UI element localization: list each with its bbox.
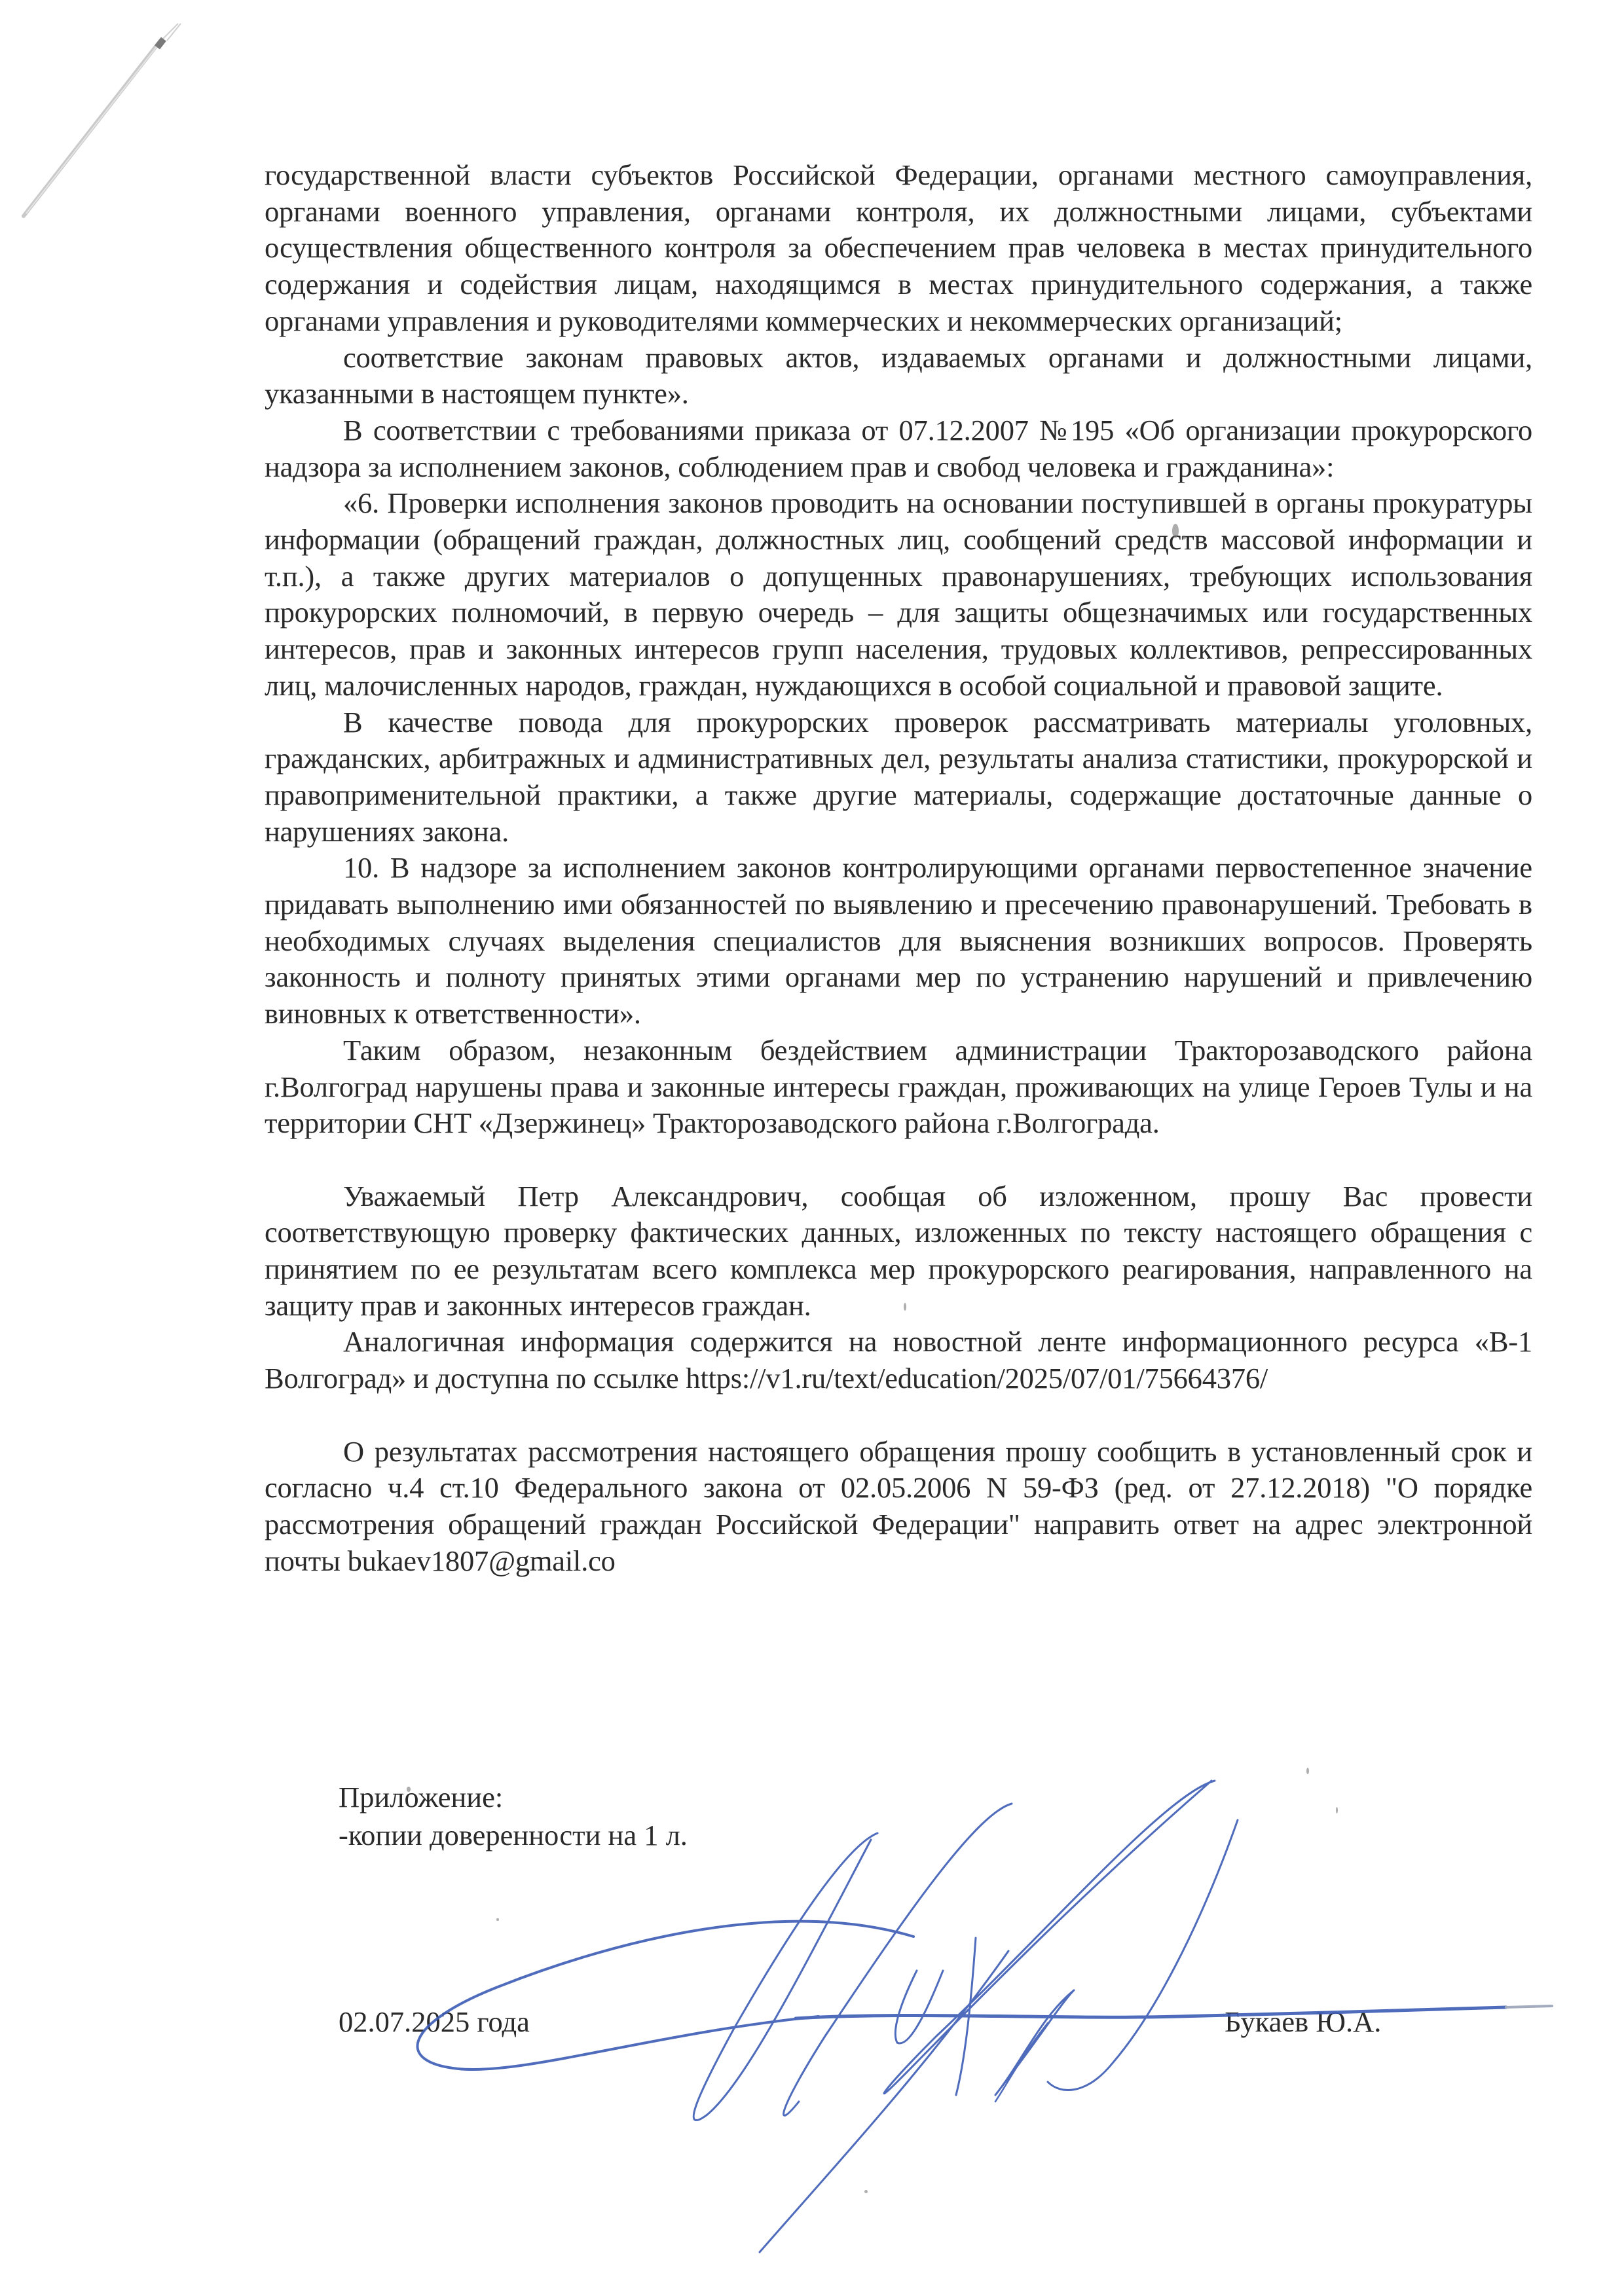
- scan-speck: [904, 1303, 906, 1311]
- scan-speck: [496, 1918, 499, 1921]
- appendix-item: -копии доверенности на 1 л.: [339, 1816, 688, 1854]
- paragraph-response-request: О результатах рассмотрения настоящего об…: [265, 1434, 1532, 1580]
- paragraph-news-source: Аналогичная информация содержится на нов…: [265, 1324, 1532, 1396]
- paragraph-request: Уважаемый Петр Александрович, сообщая об…: [265, 1178, 1532, 1324]
- appendix-title: Приложение:: [339, 1778, 688, 1816]
- scan-speck: [1336, 1807, 1338, 1813]
- scan-speck: [407, 1787, 411, 1792]
- signer-name: Букаев Ю.А.: [1225, 2003, 1381, 2041]
- scan-speck: [1182, 536, 1186, 539]
- paragraph-inspection-grounds: В качестве повода для прокурорских прове…: [265, 704, 1532, 850]
- appendix-block: Приложение: -копии доверенности на 1 л.: [339, 1778, 688, 1854]
- paragraph-conclusion: Таким образом, незаконным бездействием а…: [265, 1032, 1532, 1142]
- paragraph-authorities-list: государственной власти субъектов Российс…: [265, 157, 1532, 340]
- paragraph-order-195: В соответствии с требованиями приказа от…: [265, 412, 1532, 485]
- scan-speck: [1172, 524, 1179, 538]
- letter-body: государственной власти субъектов Российс…: [265, 157, 1532, 1579]
- document-page: государственной власти субъектов Российс…: [0, 0, 1624, 2296]
- paragraph-clause-6: «6. Проверки исполнения законов проводит…: [265, 485, 1532, 704]
- scan-speck: [864, 2190, 868, 2193]
- scan-speck: [1306, 1768, 1309, 1774]
- paragraph-acts-compliance: соответствие законам правовых актов, изд…: [265, 340, 1532, 412]
- signature-date: 02.07.2025 года: [339, 2003, 530, 2041]
- pen-mark-artifact: [0, 0, 262, 262]
- paragraph-clause-10: 10. В надзоре за исполнением законов кон…: [265, 850, 1532, 1032]
